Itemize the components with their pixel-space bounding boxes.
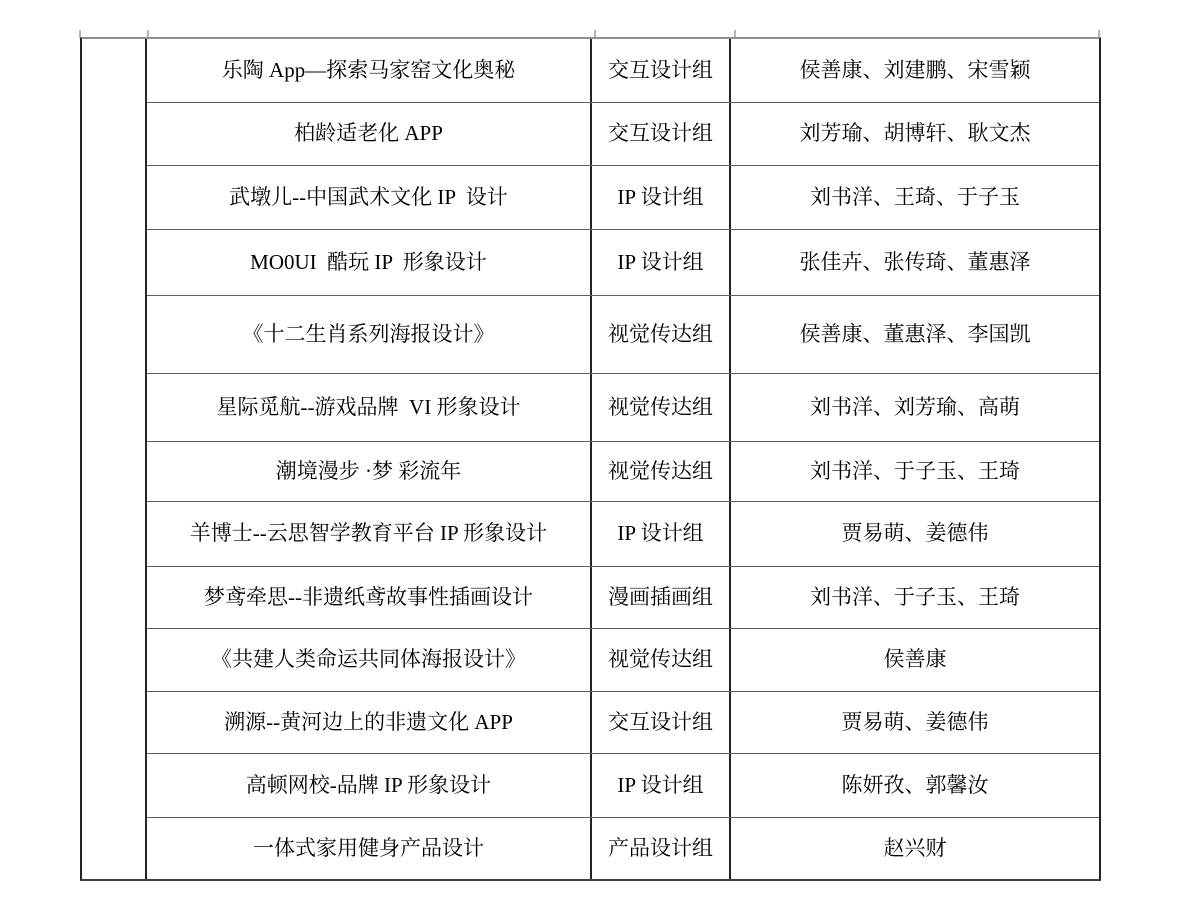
team-members-cell: 刘书洋、于子玉、王琦 [731,567,1099,628]
table-row: 高顿网校-品牌 IP 形象设计 IP 设计组 陈妍孜、郭馨汝 [147,754,1099,818]
document-page: 乐陶 App—探索马家窑文化奥秘 交互设计组 侯善康、刘建鹏、宋雪颖 柏龄适老化… [0,0,1179,923]
design-group-cell: IP 设计组 [592,166,731,229]
category-merged-cell [82,39,147,879]
project-name-cell: 《十二生肖系列海报设计》 [147,296,592,373]
design-group-cell: IP 设计组 [592,502,731,566]
table-row: 《共建人类命运共同体海报设计》 视觉传达组 侯善康 [147,629,1099,692]
table-row: 柏龄适老化 APP 交互设计组 刘芳瑜、胡博轩、耿文杰 [147,103,1099,166]
team-members-cell: 陈妍孜、郭馨汝 [731,754,1099,817]
project-name-cell: 星际觅航--游戏品牌 VI 形象设计 [147,374,592,441]
design-group-cell: 产品设计组 [592,818,731,879]
table-rows-container: 乐陶 App—探索马家窑文化奥秘 交互设计组 侯善康、刘建鹏、宋雪颖 柏龄适老化… [147,39,1099,879]
table-row: 乐陶 App—探索马家窑文化奥秘 交互设计组 侯善康、刘建鹏、宋雪颖 [147,39,1099,103]
team-members-cell: 贾易萌、姜德伟 [731,502,1099,566]
table-row: 溯源--黄河边上的非遗文化 APP 交互设计组 贾易萌、姜德伟 [147,692,1099,754]
design-group-cell: IP 设计组 [592,754,731,817]
design-group-cell: 交互设计组 [592,103,731,165]
design-group-cell: 视觉传达组 [592,629,731,691]
design-group-cell: 漫画插画组 [592,567,731,628]
project-name-cell: 梦鸢牵思--非遗纸鸢故事性插画设计 [147,567,592,628]
project-name-cell: 柏龄适老化 APP [147,103,592,165]
table-row: 《十二生肖系列海报设计》 视觉传达组 侯善康、董惠泽、李国凯 [147,296,1099,374]
team-members-cell: 刘书洋、王琦、于子玉 [731,166,1099,229]
design-group-cell: 交互设计组 [592,692,731,753]
team-members-cell: 赵兴财 [731,818,1099,879]
design-group-cell: 视觉传达组 [592,374,731,441]
project-name-cell: 武墩儿--中国武术文化 IP 设计 [147,166,592,229]
table-row: 羊博士--云思智学教育平台 IP 形象设计 IP 设计组 贾易萌、姜德伟 [147,502,1099,567]
design-group-cell: 视觉传达组 [592,442,731,501]
table-row: 星际觅航--游戏品牌 VI 形象设计 视觉传达组 刘书洋、刘芳瑜、高萌 [147,374,1099,442]
table-row: 武墩儿--中国武术文化 IP 设计 IP 设计组 刘书洋、王琦、于子玉 [147,166,1099,230]
design-group-cell: 交互设计组 [592,39,731,102]
project-name-cell: 乐陶 App—探索马家窑文化奥秘 [147,39,592,102]
team-members-cell: 刘书洋、刘芳瑜、高萌 [731,374,1099,441]
table-row: 一体式家用健身产品设计 产品设计组 赵兴财 [147,818,1099,879]
team-members-cell: 刘书洋、于子玉、王琦 [731,442,1099,501]
project-name-cell: 羊博士--云思智学教育平台 IP 形象设计 [147,502,592,566]
table-row: 潮境漫步 ·梦 彩流年 视觉传达组 刘书洋、于子玉、王琦 [147,442,1099,502]
table-row: 梦鸢牵思--非遗纸鸢故事性插画设计 漫画插画组 刘书洋、于子玉、王琦 [147,567,1099,629]
table-row: MO0UI 酷玩 IP 形象设计 IP 设计组 张佳卉、张传琦、董惠泽 [147,230,1099,296]
team-members-cell: 刘芳瑜、胡博轩、耿文杰 [731,103,1099,165]
project-name-cell: MO0UI 酷玩 IP 形象设计 [147,230,592,295]
project-name-cell: 一体式家用健身产品设计 [147,818,592,879]
team-members-cell: 侯善康 [731,629,1099,691]
team-members-cell: 侯善康、刘建鹏、宋雪颖 [731,39,1099,102]
team-members-cell: 张佳卉、张传琦、董惠泽 [731,230,1099,295]
design-group-cell: IP 设计组 [592,230,731,295]
team-members-cell: 贾易萌、姜德伟 [731,692,1099,753]
project-name-cell: 潮境漫步 ·梦 彩流年 [147,442,592,501]
project-name-cell: 《共建人类命运共同体海报设计》 [147,629,592,691]
project-name-cell: 高顿网校-品牌 IP 形象设计 [147,754,592,817]
design-group-cell: 视觉传达组 [592,296,731,373]
project-name-cell: 溯源--黄河边上的非遗文化 APP [147,692,592,753]
team-members-cell: 侯善康、董惠泽、李国凯 [731,296,1099,373]
awards-table: 乐陶 App—探索马家窑文化奥秘 交互设计组 侯善康、刘建鹏、宋雪颖 柏龄适老化… [80,37,1101,881]
